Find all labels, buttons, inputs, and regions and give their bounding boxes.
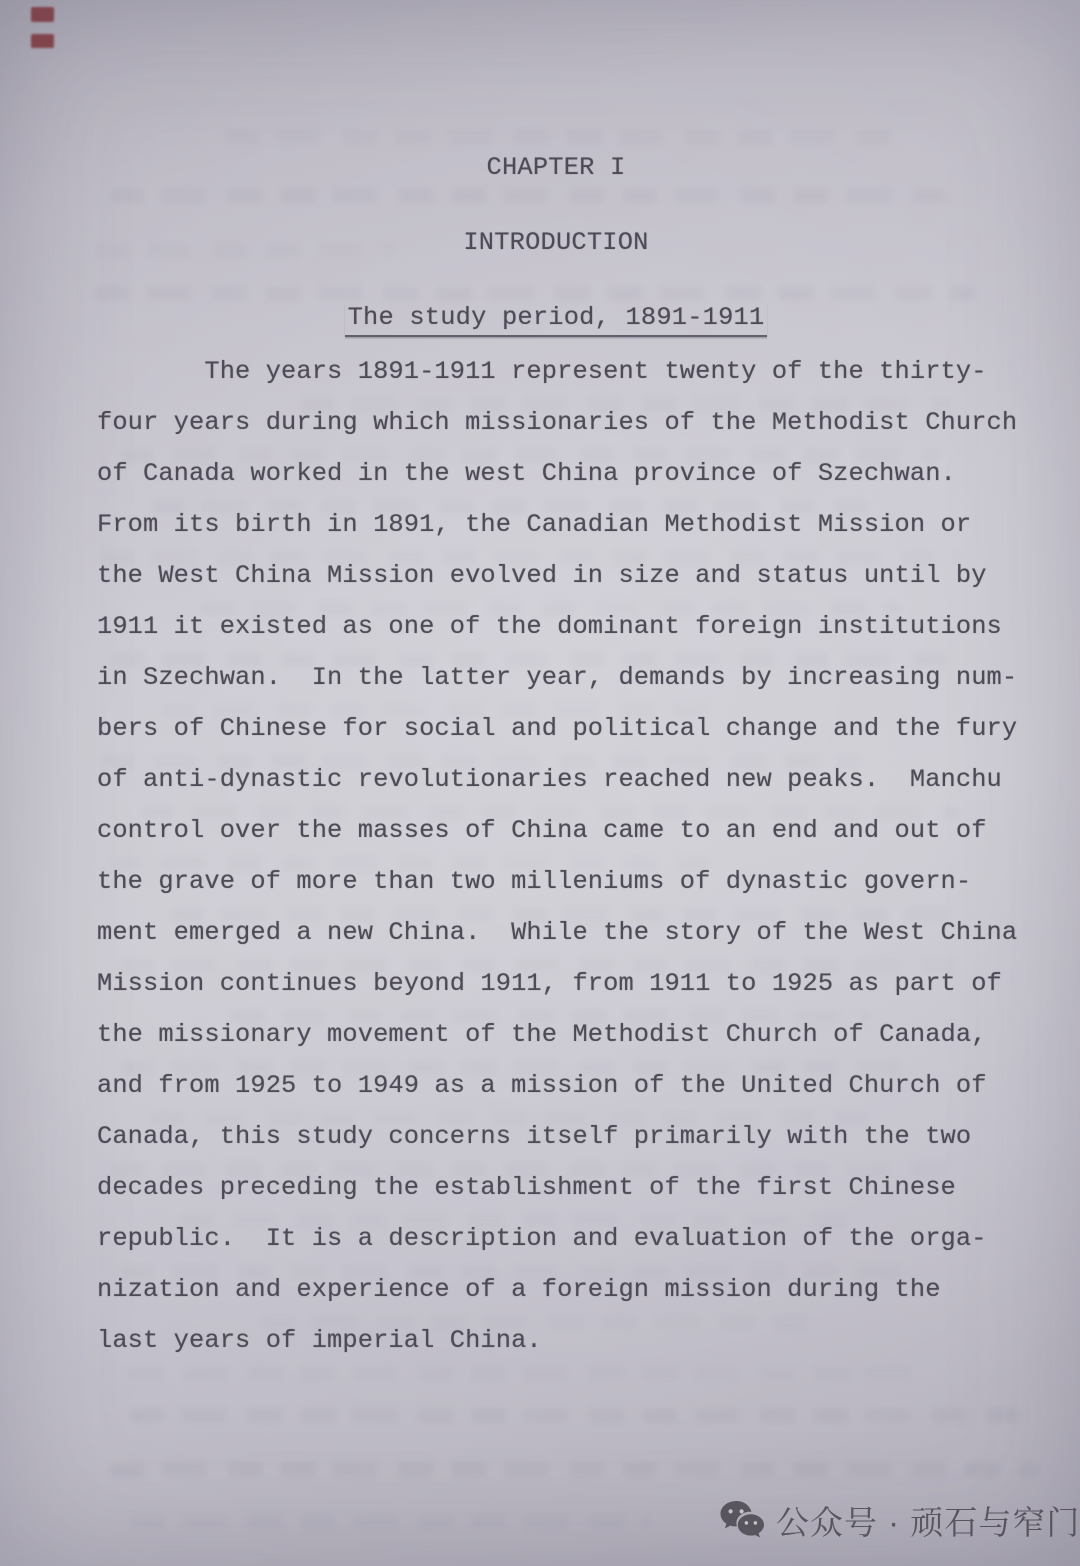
bleedthrough-ghost-line bbox=[110, 1462, 1040, 1477]
red-corner-mark bbox=[31, 7, 54, 22]
scanned-page: CHAPTER I INTRODUCTION The study period,… bbox=[0, 0, 1080, 1566]
bleedthrough-ghost-line bbox=[225, 130, 905, 145]
subsection-title: The study period, 1891-1911 bbox=[345, 303, 768, 337]
section-heading: INTRODUCTION bbox=[97, 228, 1015, 257]
bleedthrough-ghost-line bbox=[130, 1408, 1030, 1423]
bleedthrough-ghost-line bbox=[130, 1515, 650, 1530]
bleedthrough-ghost-line bbox=[110, 188, 950, 203]
watermark-label: 公众号 · 顽石与窄门 bbox=[776, 1497, 1080, 1544]
subsection-title-row: The study period, 1891-1911 bbox=[97, 303, 1015, 337]
body-paragraph: The years 1891-1911 represent twenty of … bbox=[97, 346, 1017, 1366]
watermark: 公众号 · 顽石与窄门 bbox=[718, 1497, 1080, 1544]
chapter-heading: CHAPTER I bbox=[97, 153, 1015, 182]
red-corner-mark bbox=[31, 34, 54, 48]
bleedthrough-ghost-line bbox=[95, 286, 975, 301]
bleedthrough-ghost-line bbox=[130, 1366, 930, 1381]
wechat-icon bbox=[718, 1500, 766, 1542]
